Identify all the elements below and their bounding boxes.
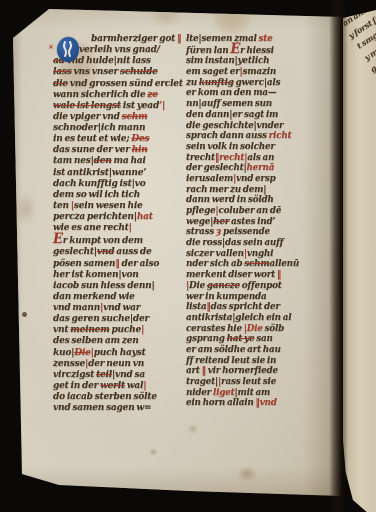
text-segment: barmherziger got (91, 34, 177, 44)
text-segment: allenū (269, 259, 299, 269)
text-segment: pflege (186, 206, 215, 216)
text-line: em saget er|smazin (186, 67, 342, 78)
text-segment: vnd (260, 398, 277, 408)
text-line: ein horn allain ‖vnd (186, 398, 342, 409)
text-line: get in der werlt wal| (53, 381, 193, 393)
text-segment: kuo| (53, 347, 74, 357)
text-segment: gsprang (186, 334, 227, 344)
text-segment: verleih vns gnad/ (79, 45, 160, 55)
text-segment: geslecht| (53, 247, 97, 257)
text-line: die ross|das sein auff (186, 238, 342, 249)
text-line: geslecht|vnd auss de (53, 247, 193, 259)
text-line: zensse|der neun vn (53, 358, 193, 370)
text-segment: richt (269, 131, 292, 141)
text-segment: vir hornerfiede (206, 366, 278, 376)
text-segment: wale ist lengst (53, 101, 121, 111)
text-segment: sein wesen hie (74, 201, 143, 211)
text-segment: | (129, 223, 132, 233)
text-segment: teil (96, 370, 112, 380)
text-segment: das sune der ver (53, 145, 132, 155)
text-line: sein volk in solcher (186, 142, 342, 153)
text-segment: zu (186, 78, 199, 88)
text-line: er kom an den ma— (186, 88, 342, 99)
text-line: vnd mann|vnd war (53, 303, 193, 315)
text-segment: wege| (186, 216, 213, 226)
text-segment: do iacab sterben sölte (53, 392, 157, 402)
text-line: pösen samen‖ der also (53, 258, 193, 270)
text-segment: der neun vn (88, 358, 144, 368)
text-segment: nider (186, 387, 213, 397)
text-segment: wal (125, 381, 143, 391)
text-segment: ff reitend leut sie in (186, 355, 276, 365)
text-line: füren lan Er hiessi (186, 44, 342, 56)
text-line: tam nes|den ma hai (53, 156, 193, 168)
text-segment: vnd hulde|nit lass (65, 56, 151, 66)
text-segment: schnoder|ich mann (53, 123, 145, 133)
stain (212, 4, 252, 36)
text-line: Er kumpt von dem (53, 234, 193, 248)
text-segment: vnd war (103, 303, 140, 313)
text-segment: r kumpt von dem (63, 236, 143, 246)
text-line: die geschichte|vnder (186, 120, 342, 131)
text-segment: hernā (247, 163, 275, 173)
text-segment: wie es ane recht (53, 223, 129, 233)
text-line: er am söldhe art hau (186, 345, 342, 356)
text-line: wie es ane recht| (53, 223, 193, 235)
text-line: |Die gancze offenpot (186, 281, 342, 292)
text-line: schnoder|ich mann (53, 123, 193, 135)
text-segment: siczer vallen (186, 249, 244, 259)
text-line: do iacab sterben sölte (53, 392, 193, 404)
text-line: dann werd in söldh (186, 195, 342, 206)
text-segment: schm (244, 259, 269, 269)
text-segment: nder sich ab (186, 259, 244, 269)
text-segment: san (254, 334, 272, 344)
text-line: lass vns vnser schulde (53, 67, 193, 79)
text-segment: Die (74, 347, 90, 357)
text-segment: wer in kumpenda (186, 291, 266, 301)
text-segment: rass leut sie (221, 377, 276, 387)
text-segment: ste (259, 34, 273, 44)
text-segment: merkent diser wort (186, 270, 277, 280)
text-line: lista‖das spricht der (186, 302, 342, 313)
adjacent-page-text: an andāy forst ſpt smgi ſiy mt fimg es k… (343, 10, 376, 434)
manuscript-page: × barmherziger got ‖verleih vns gnad/ad … (9, 4, 343, 496)
text-segment: vns vnser (72, 67, 120, 77)
text-line: traget||rass leut sie (186, 377, 342, 388)
text-segment: Die (189, 281, 207, 291)
text-segment: pösen samen (53, 258, 115, 268)
text-segment: meinem (70, 325, 109, 335)
text-line: cerastes hie |Die sölb (186, 323, 342, 334)
text-segment: ierusalem (186, 174, 233, 184)
text-segment: |Die (244, 323, 263, 333)
text-segment: astes ind’ (229, 216, 275, 226)
text-segment: ma hai (112, 156, 146, 166)
text-segment: werlt (100, 381, 125, 391)
text-line: des selben am zen (53, 336, 193, 348)
text-line: strass ȝ peissende (186, 227, 342, 238)
stain (149, 6, 183, 28)
text-segment: die vpiger vnd (53, 112, 122, 122)
text-segment: vnd mann (53, 303, 100, 313)
stain (149, 448, 158, 456)
text-segment: tam nes| (53, 156, 94, 166)
text-segment: ‖ (177, 34, 181, 44)
text-segment: ’| (159, 101, 165, 111)
text-segment: in es teut et wie; (53, 134, 131, 144)
text-line: lte|semen zmal ste (186, 34, 342, 45)
text-segment: sim instan|yetlich (186, 56, 269, 66)
text-segment: nn|auff semen sun (186, 99, 272, 109)
text-segment: ze (147, 89, 157, 99)
text-segment: er kom an den ma— (186, 88, 276, 98)
text-segment: vnd ersp (236, 174, 275, 184)
text-segment: dann werd in söldh (186, 195, 274, 205)
text-segment: hin (132, 145, 148, 155)
text-line: percza perichten|hat (53, 212, 193, 224)
text-segment: sprach dann auss (186, 131, 269, 141)
text-segment: wann sicherlich die (53, 89, 147, 99)
text-segment: den (94, 156, 112, 166)
text-line: trecht‖recht|als an (186, 152, 342, 163)
text-segment: erclet (155, 78, 183, 88)
adjacent-page-edge: an andāy forst ſpt smgi ſiy mt fimg es k… (343, 10, 376, 512)
text-segment: puche (110, 325, 142, 335)
text-segment: dach kunfftig ist|vo (53, 178, 146, 188)
stain (15, 192, 37, 226)
text-segment: lte|semen zmal (186, 34, 259, 44)
text-segment: | (143, 381, 146, 391)
text-line: her ist komen|von (53, 269, 193, 281)
text-segment: als an (247, 152, 274, 162)
text-segment: vnd grossen sünd (68, 78, 155, 88)
text-line: sprach dann auss richt (186, 131, 342, 142)
text-segment: ein horn allain (186, 398, 255, 408)
illuminated-initial (57, 37, 79, 62)
text-line: wer in kumpenda (186, 291, 342, 302)
text-segment: der also (120, 258, 160, 268)
stain (237, 466, 257, 482)
text-line: art ‖ vir hornerfiede (186, 366, 342, 377)
text-segment: offenpot (240, 281, 282, 291)
text-segment: er am söldhe art hau (186, 345, 281, 355)
text-line: vnd samen sagen w= (53, 403, 193, 415)
text-line: dach kunfftig ist|vo (53, 178, 193, 190)
text-line: ist antikrist|wanne’ (53, 167, 193, 179)
text-segment: ten (53, 201, 71, 211)
text-segment: lass (53, 67, 72, 77)
text-segment: lista (186, 302, 206, 312)
text-line: die vnd grossen sünd erclet (53, 78, 193, 90)
text-column-right: lte|semen zmal stefüren lan Er hiessisim… (186, 34, 342, 409)
text-segment: art (186, 366, 202, 376)
text-segment: E (230, 41, 240, 57)
text-line: dan merkend wie (53, 292, 193, 304)
text-line: iacob sun hiess denn| (53, 281, 193, 293)
text-line: sim instan|yetlich (186, 56, 342, 67)
text-line: das geren suche|der (53, 314, 193, 326)
text-line: virczigst teil|vnd sa (53, 370, 193, 382)
text-line: kuo|Die|puch hayst (53, 347, 193, 359)
text-segment: dem so wil ich tich (53, 190, 140, 200)
text-segment: Des (131, 134, 149, 144)
text-segment: traget| (186, 377, 218, 387)
text-segment: smazin (243, 67, 277, 77)
text-segment: hat ye (227, 334, 255, 344)
text-segment: get in der (53, 381, 100, 391)
stain (187, 424, 199, 434)
text-segment: liget (213, 387, 235, 397)
text-segment: rach mer zu dem| (186, 184, 266, 194)
text-segment: der geslecht| (186, 163, 247, 173)
text-line: nder sich ab schmallenū (186, 259, 342, 270)
text-segment: vnd (97, 247, 114, 257)
text-segment: ‖ (277, 270, 281, 280)
initial-penwork-icon (59, 38, 77, 60)
text-segment: die geschichte|vnder (186, 120, 283, 130)
text-segment: schm (122, 112, 148, 122)
text-segment: dan merkend wie (53, 292, 135, 302)
text-segment: ist antikrist|wanne’ (53, 167, 146, 177)
text-segment: coluber an dē (218, 206, 281, 216)
penwork-mark: × (48, 42, 54, 51)
text-segment: des selben am zen (53, 336, 139, 346)
text-segment: em saget er (186, 67, 240, 77)
text-segment: ist yead (121, 101, 159, 111)
text-line: nn|auff semen sun (186, 99, 342, 110)
text-segment: die (53, 78, 68, 88)
text-segment: das spricht der (211, 302, 280, 312)
text-segment: schulde (120, 67, 158, 77)
text-line: ierusalem|vnd ersp (186, 174, 342, 185)
text-line: den dann|er sagt im (186, 110, 342, 121)
text-segment: zensse (53, 358, 85, 368)
text-segment: auss de (114, 247, 151, 257)
text-segment: die ross|das sein auff (186, 238, 283, 248)
text-segment: vnt (53, 325, 70, 335)
text-segment: | (141, 325, 144, 335)
text-segment: antikrista|gleich ein al (186, 313, 291, 323)
text-line: gsprang hat ye san (186, 334, 342, 345)
text-line: antikrista|gleich ein al (186, 313, 342, 324)
manuscript-photo-background: × barmherziger got ‖verleih vns gnad/ad … (0, 0, 376, 512)
text-segment: strass (186, 227, 216, 237)
text-line: pflege|coluber an dē (186, 206, 342, 217)
text-segment: |mit am (234, 387, 270, 397)
text-segment: hat (137, 212, 153, 222)
text-segment: her ist komen|von (53, 269, 139, 279)
text-segment: recht (219, 152, 244, 162)
text-line: die vpiger vnd schm (53, 112, 193, 124)
ink-speck (22, 312, 27, 317)
text-line: merkent diser wort ‖ (186, 270, 342, 281)
text-line: wale ist lengst ist yead’| (53, 101, 193, 113)
text-segment: percza perichten| (53, 212, 137, 222)
text-segment: cerastes hie (186, 323, 244, 333)
text-segment: den dann|er sagt im (186, 110, 278, 120)
text-segment: das geren suche|der (53, 314, 149, 324)
text-segment: kunftig (199, 78, 234, 88)
text-column-left: barmherziger got ‖verleih vns gnad/ad vn… (53, 34, 193, 414)
text-segment: sölb (263, 323, 284, 333)
text-segment: E (53, 232, 63, 248)
text-segment: vnghi (247, 249, 273, 259)
text-segment: füren lan (186, 45, 230, 55)
text-line: ten |sein wesen hie (53, 201, 193, 213)
text-segment: gwerc|als (234, 78, 281, 88)
text-segment: |vnd sa (112, 370, 145, 380)
text-line: in es teut et wie; Des (53, 134, 193, 146)
text-segment: her (213, 216, 229, 226)
text-segment: vnd samen sagen w= (53, 403, 151, 413)
text-line: dem so wil ich tich (53, 190, 193, 202)
text-segment: puch hayst (94, 347, 146, 357)
text-line: wann sicherlich die ze (53, 89, 193, 101)
text-segment: sein volk in solcher (186, 142, 275, 152)
text-segment: trecht (186, 152, 215, 162)
text-segment: r hiessi (240, 45, 274, 55)
text-segment: peissende (221, 227, 270, 237)
text-segment: gancze (207, 281, 240, 291)
text-segment: virczigst (53, 370, 96, 380)
text-line: der geslecht|hernā (186, 163, 342, 174)
text-segment: iacob sun hiess denn| (53, 281, 155, 291)
